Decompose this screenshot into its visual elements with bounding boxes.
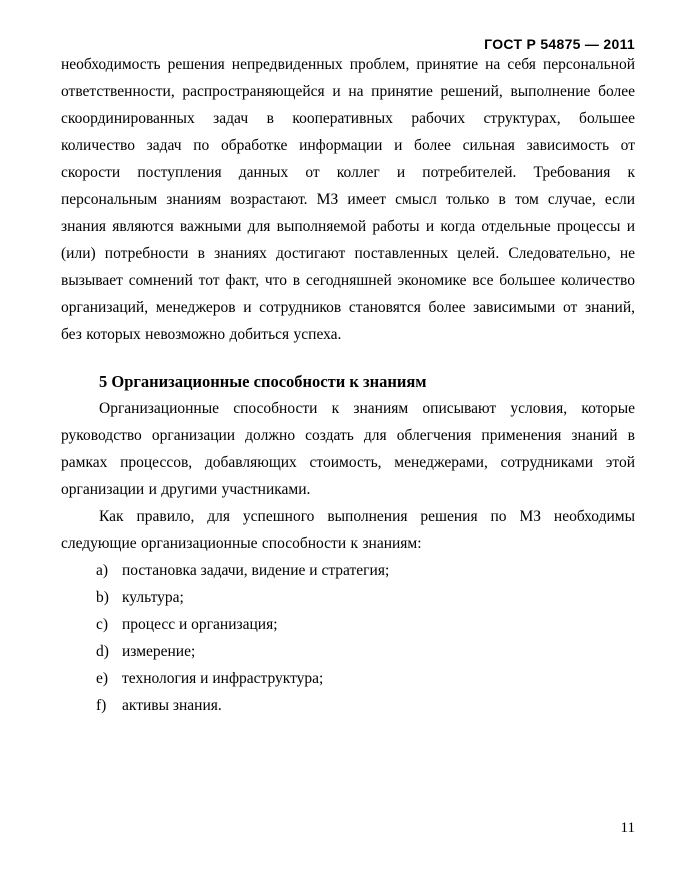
text-line: организаций, менеджеров и сотрудников ст… [61,294,635,321]
paragraph-continuation: необходимость решения непредвиденных про… [61,51,635,348]
list-item-marker: c) [96,611,122,638]
list-item-text: технология и инфраструктура; [122,665,323,692]
text-line: (или) потребности в знаниях достигают по… [61,240,635,267]
list-item-text: активы знания. [122,692,222,719]
text-line: следующие организационные способности к … [61,530,635,557]
section-heading: 5 Организационные способности к знаниям [61,368,635,395]
knowledge-capabilities-list: a)постановка задачи, видение и стратегия… [61,557,635,719]
list-item-text: процесс и организация; [122,611,278,638]
text-line: Организационные способности к знаниям оп… [61,395,635,422]
text-line: скоординированных задач в кооперативных … [61,105,635,132]
page-number: 11 [61,820,635,837]
list-item: f)активы знания. [61,692,635,719]
text-line: скорости поступления данных от коллег и … [61,159,635,186]
list-item: c)процесс и организация; [61,611,635,638]
list-item-marker: a) [96,557,122,584]
page-content: необходимость решения непредвиденных про… [61,51,635,719]
text-line: вызывает сомнений тот факт, что в сегодн… [61,267,635,294]
list-item-marker: e) [96,665,122,692]
list-item-text: измерение; [122,638,195,665]
list-item-text: культура; [122,584,184,611]
text-line: количество задач по обработке информации… [61,132,635,159]
text-line: руководство организации должно создать д… [61,422,635,449]
paragraph-intro-list: Как правило, для успешного выполнения ре… [61,503,635,557]
text-line: Как правило, для успешного выполнения ре… [61,503,635,530]
text-line: без которых невозможно добиться успеха. [61,321,635,348]
text-line: персональным знаниям возрастают. МЗ имее… [61,186,635,213]
text-line: рамках процессов, добавляющих стоимость,… [61,449,635,476]
text-line: организации и другими участниками. [61,476,635,503]
text-line: знания являются важными для выполняемой … [61,213,635,240]
list-item-marker: d) [96,638,122,665]
list-item: b)культура; [61,584,635,611]
list-item: e)технология и инфраструктура; [61,665,635,692]
text-line: ответственности, распространяющейся и на… [61,78,635,105]
text-line: необходимость решения непредвиденных про… [61,51,635,78]
list-item-marker: b) [96,584,122,611]
document-number-header: ГОСТ Р 54875 — 2011 [61,36,635,52]
list-item-marker: f) [96,692,122,719]
list-item: a)постановка задачи, видение и стратегия… [61,557,635,584]
document-page: ГОСТ Р 54875 — 2011 необходимость решени… [0,0,680,880]
list-item: d)измерение; [61,638,635,665]
list-item-text: постановка задачи, видение и стратегия; [122,557,389,584]
paragraph-org-capabilities: Организационные способности к знаниям оп… [61,395,635,503]
